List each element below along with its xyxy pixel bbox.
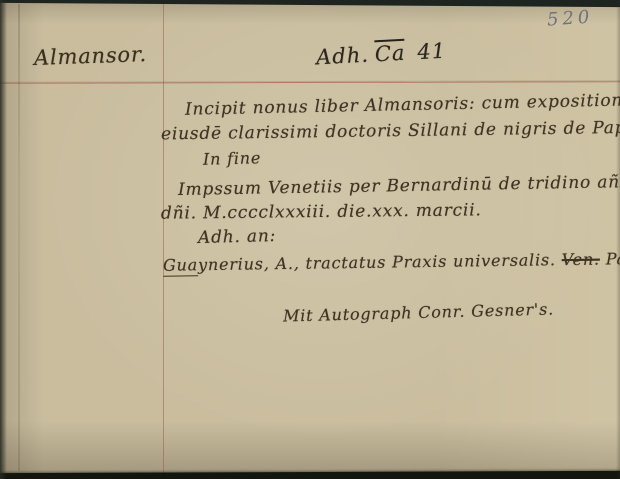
shelfmark-prefix: Adh. bbox=[316, 43, 370, 70]
card-heading: Almansor. bbox=[34, 42, 148, 70]
in-fine-label: In fine bbox=[203, 148, 262, 169]
photo-edge-top bbox=[0, 0, 620, 7]
pencil-number: 520 bbox=[546, 6, 594, 30]
bound-with-entry: Guaynerius, A., tractatus Praxis univers… bbox=[163, 248, 620, 274]
entry-place-struck: Ven. bbox=[562, 250, 600, 270]
card-crease bbox=[18, 4, 20, 471]
horizontal-ruled-line bbox=[0, 81, 620, 84]
adh-an-label: Adh. an: bbox=[198, 226, 277, 248]
colophon-line-1: Impssum Venetiis per Bernardinū de tridi… bbox=[178, 172, 620, 200]
photo-edge-bottom bbox=[0, 471, 620, 479]
shelfmark-number: 41 bbox=[417, 39, 447, 64]
catalog-card-photo: Almansor. Adh.Ca41 520 Incipit nonus lib… bbox=[0, 0, 620, 479]
colophon-line-2: dñi. M.cccclxxxiii. die.xxx. marcii. bbox=[161, 200, 482, 223]
shelfmark: Adh.Ca41 bbox=[315, 37, 446, 70]
photo-edge-right bbox=[616, 0, 620, 479]
incipit-line-1: Incipit nonus liber Almansoris: cum expo… bbox=[185, 90, 620, 119]
entry-author-underlined: Gua bbox=[163, 255, 198, 276]
photo-edge-left bbox=[0, 0, 7, 479]
shelfmark-overlined: Ca bbox=[374, 39, 406, 67]
vertical-ruled-line bbox=[163, 0, 164, 479]
entry-title: ynerius, A., tractatus Praxis universali… bbox=[198, 250, 562, 274]
autograph-note: Mit Autograph Conr. Gesner's. bbox=[283, 299, 554, 325]
incipit-line-2: eiusdē clarissimi doctoris Sillani de ni… bbox=[161, 118, 620, 145]
